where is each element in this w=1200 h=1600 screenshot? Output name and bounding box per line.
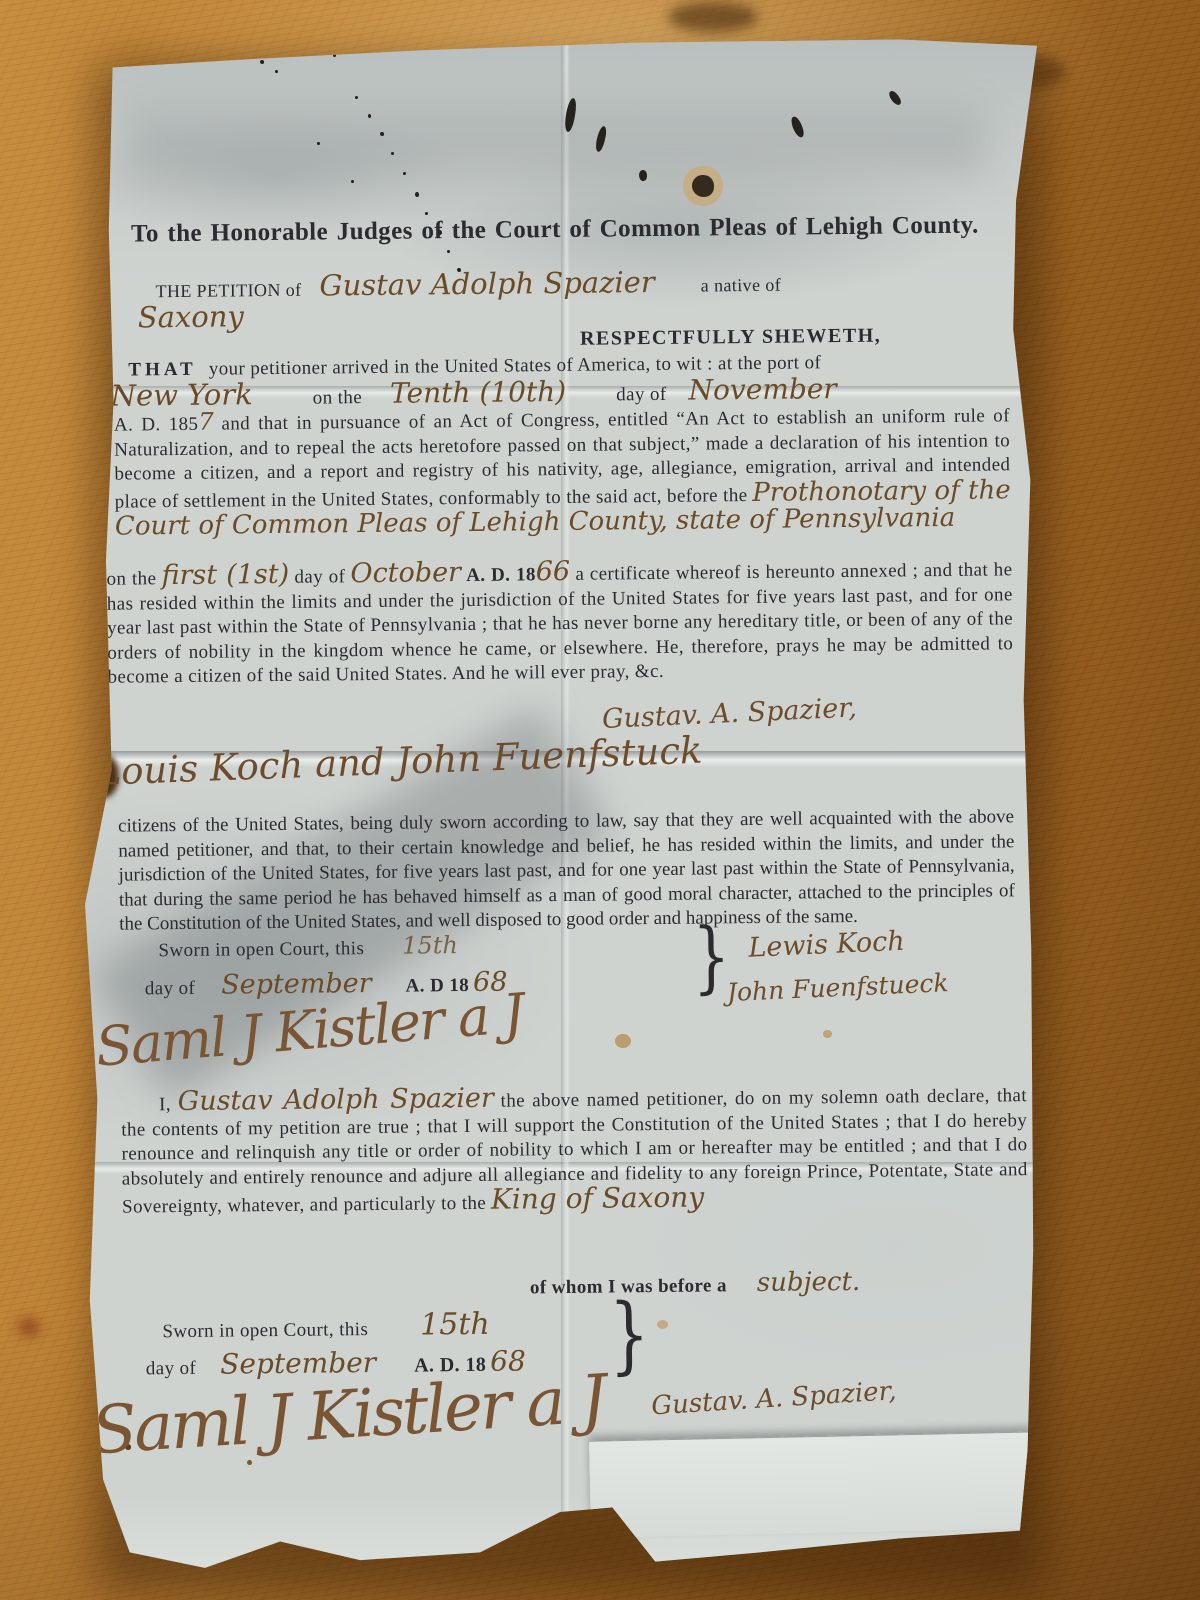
photo-of-document-on-wood-table: To the Honorable Judges of the Court of … (0, 0, 1200, 1600)
petitioner-signature-first: Gustav. A. Spazier, (601, 692, 857, 735)
wood-smudge (668, 2, 758, 32)
cert-day-handwritten: first (1st) (161, 559, 289, 591)
arrival-day-handwritten: Tenth (10th) (390, 375, 566, 410)
day-of-label: day of (616, 384, 667, 406)
sworn1-line1: Sworn in open Court, this 15th (158, 931, 458, 962)
on-the-label: on the (106, 568, 156, 590)
sworn-printed: Sworn in open Court, this (158, 938, 364, 961)
native-of-label: a native of (701, 275, 782, 296)
arrival-month-handwritten: November (688, 372, 837, 407)
ad-year-handwritten: 7 (198, 408, 214, 436)
witness-names-handwritten: Louis Koch and John Fuenfstuck (96, 729, 703, 794)
brace-glyph: } (609, 1285, 650, 1383)
native-origin-handwritten: Saxony (138, 299, 244, 334)
sworn-day-handwritten: 15th (402, 931, 458, 960)
cert-month-handwritten: October (350, 557, 461, 589)
subject-handwritten: subject. (757, 1267, 861, 1298)
ruler-handwritten: King of Saxony (491, 1181, 705, 1216)
petition-line: THE PETITION of Gustav Adolph Spazier a … (155, 264, 781, 305)
witness-signature-john-fuenfstueck: John Fuenfstueck (726, 968, 949, 1007)
oath-paragraph: I, Gustav Adolph Spazier the above named… (121, 1081, 1028, 1220)
document-title: To the Honorable Judges of the Court of … (79, 211, 1031, 249)
sworn-printed: Sworn in open Court, this (162, 1319, 368, 1342)
certificate-paragraph: on the first (1st) day of October A. D. … (106, 555, 1013, 690)
on-the-label: on the (313, 387, 363, 409)
day-of-label: day of (294, 566, 345, 588)
sheweth-heading: RESPECTFULLY SHEWETH, (580, 325, 881, 351)
day-of-label: day of (145, 978, 196, 1000)
cert-year-handwritten: 66 (536, 556, 571, 587)
oath-i: I, (159, 1094, 171, 1115)
wood-knot (18, 1318, 40, 1336)
document-content: To the Honorable Judges of the Court of … (77, 33, 1045, 1593)
petitioner-signature-second: Gustav. A. Spazier, (650, 1376, 897, 1421)
ad-year-printed: A. D. 185 (114, 414, 199, 436)
port-handwritten: New York (110, 377, 252, 412)
oath-name-handwritten: Gustav Adolph Spazier (177, 1083, 493, 1117)
day-of-label: day of (146, 1358, 197, 1380)
petitioner-name-handwritten: Gustav Adolph Spazier (319, 265, 655, 303)
act-paragraph: A. D. 1857 and that in pursuance of an A… (114, 401, 1011, 542)
witness-signature-lewis-koch: Lewis Koch (748, 926, 906, 964)
ad-printed: A. D. 18 (466, 564, 536, 586)
petition-prefix: THE PETITION of (155, 280, 301, 302)
paper-document: To the Honorable Judges of the Court of … (85, 38, 1037, 1588)
sworn-day-handwritten: 15th (420, 1307, 490, 1343)
subject-line: of whom I was before a subject. (530, 1267, 861, 1300)
brace-glyph: } (692, 912, 730, 1002)
witness-paragraph: citizens of the United States, being dul… (118, 805, 1015, 937)
ink-speck (348, 46, 352, 50)
sworn2-line1: Sworn in open Court, this 15th (162, 1307, 490, 1345)
